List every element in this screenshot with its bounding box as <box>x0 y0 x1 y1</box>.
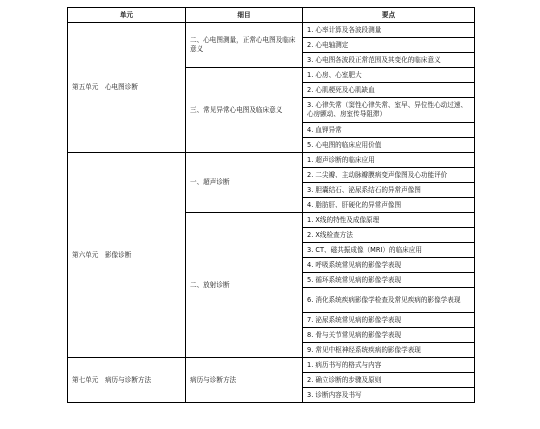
point-cell: 3. 胆囊结石、泌尿系结石的异常声像图 <box>303 183 475 198</box>
point-cell: 4. 脂肪肝、肝硬化的异常声像图 <box>303 198 475 213</box>
point-cell: 6. 消化系统疾病影像学检查及常见疾病的影像学表现 <box>303 288 475 313</box>
point-cell: 2. 二尖瓣、主动脉瓣膜病变声像图及心功能评价 <box>303 168 475 183</box>
table-header-row: 单元 细目 要点 <box>68 8 475 23</box>
header-points: 要点 <box>303 8 475 23</box>
item-cell: 病历与诊断方法 <box>186 358 303 403</box>
unit-cell: 第五单元 心电图诊断 <box>68 23 186 153</box>
point-cell: 2. 心肌梗死及心肌缺血 <box>303 83 475 98</box>
point-cell: 1. 病历书写的格式与内容 <box>303 358 475 373</box>
unit-cell: 第七单元 病历与诊断方法 <box>68 358 186 403</box>
point-cell: 5. 心电图的临床应用价值 <box>303 138 475 153</box>
item-cell: 二、心电图测量，正常心电图及临床意义 <box>186 23 303 68</box>
table-row: 第六单元 影像诊断 一、超声诊断 1. 超声诊断的临床应用 <box>68 153 475 168</box>
point-cell: 1. X线的特性及成像原理 <box>303 213 475 228</box>
point-cell: 3. CT、磁共振成像（MRI）的临床应用 <box>303 243 475 258</box>
syllabus-table: 单元 细目 要点 第五单元 心电图诊断 二、心电图测量，正常心电图及临床意义 1… <box>67 7 475 403</box>
item-cell: 一、超声诊断 <box>186 153 303 213</box>
point-cell: 2. 确立诊断的步骤及原则 <box>303 373 475 388</box>
point-cell: 3. 心电图各波段正常范围及其变化的临床意义 <box>303 53 475 68</box>
point-cell: 2. X线检查方法 <box>303 228 475 243</box>
unit-cell: 第六单元 影像诊断 <box>68 153 186 358</box>
point-cell: 8. 骨与关节常见病的影像学表现 <box>303 328 475 343</box>
header-unit: 单元 <box>68 8 186 23</box>
point-cell: 3. 心律失常（窦性心律失常、室早、异位性心动过速、心房颤动、房室传导阻滞） <box>303 98 475 123</box>
point-cell: 1. 心房、心室肥大 <box>303 68 475 83</box>
point-cell: 2. 心电轴测定 <box>303 38 475 53</box>
point-cell: 1. 超声诊断的临床应用 <box>303 153 475 168</box>
point-cell: 9. 常见中枢神经系统疾病的影像学表现 <box>303 343 475 358</box>
point-cell: 7. 泌尿系统常见病的影像学表现 <box>303 313 475 328</box>
header-item: 细目 <box>186 8 303 23</box>
point-cell: 3. 诊断内容及书写 <box>303 388 475 403</box>
table-row: 第五单元 心电图诊断 二、心电图测量，正常心电图及临床意义 1. 心率计算及各波… <box>68 23 475 38</box>
table-row: 第七单元 病历与诊断方法 病历与诊断方法 1. 病历书写的格式与内容 <box>68 358 475 373</box>
point-cell: 4. 血钾异常 <box>303 123 475 138</box>
point-cell: 5. 循环系统常见病的影像学表现 <box>303 273 475 288</box>
point-cell: 4. 呼吸系统常见病的影像学表现 <box>303 258 475 273</box>
point-cell: 1. 心率计算及各波段测量 <box>303 23 475 38</box>
item-cell: 二、放射诊断 <box>186 213 303 358</box>
item-cell: 三、常见异常心电图及临床意义 <box>186 68 303 153</box>
